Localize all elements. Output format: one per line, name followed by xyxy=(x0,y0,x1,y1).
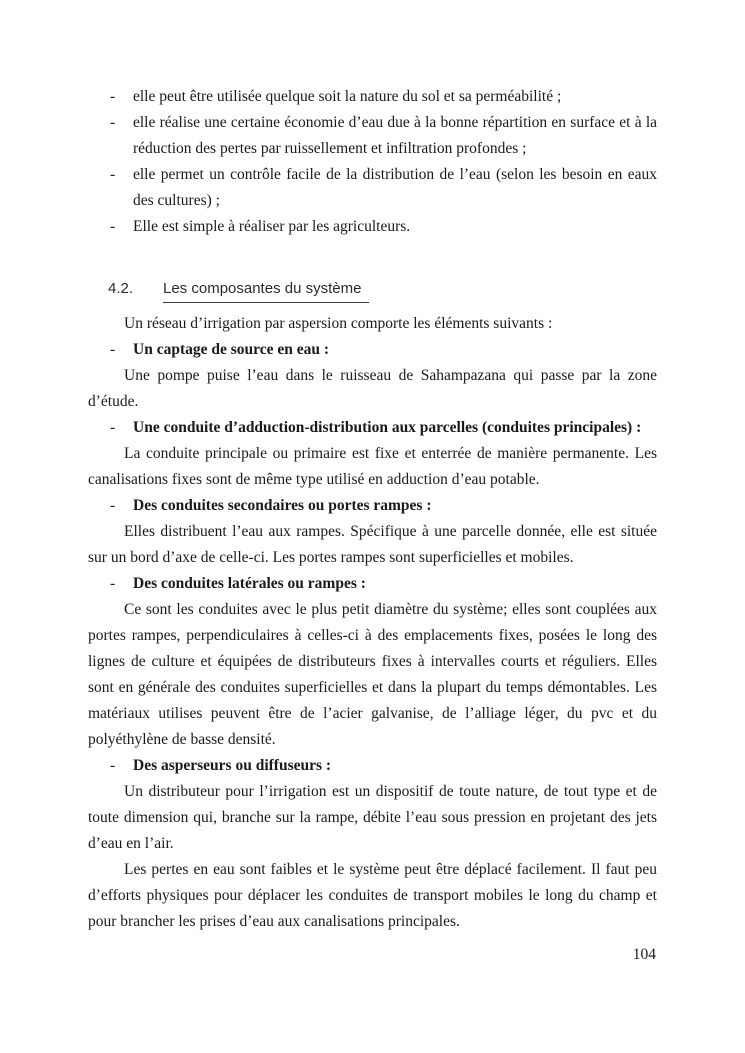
bullet-marker: - xyxy=(110,162,115,188)
paragraph: Ce sont les conduites avec le plus petit… xyxy=(88,597,657,753)
list-item: - elle peut être utilisée quelque soit l… xyxy=(88,84,657,110)
component-heading-label: Un captage de source en eau : xyxy=(133,341,329,358)
component-heading: - Des conduites secondaires ou portes ra… xyxy=(88,493,657,519)
bullet-marker: - xyxy=(110,337,115,363)
bullet-marker: - xyxy=(110,84,115,110)
component-heading: - Des conduites latérales ou rampes : xyxy=(88,571,657,597)
paragraph: Un distributeur pour l’irrigation est un… xyxy=(88,779,657,857)
component-heading: - Des asperseurs ou diffuseurs : xyxy=(88,753,657,779)
list-item-text: elle peut être utilisée quelque soit la … xyxy=(133,88,561,105)
paragraph: La conduite principale ou primaire est f… xyxy=(88,441,657,493)
component-block: - Une conduite d’adduction-distribution … xyxy=(88,415,657,493)
component-heading: - Une conduite d’adduction-distribution … xyxy=(88,415,657,441)
section-number: 4.2. xyxy=(108,276,163,302)
bullet-marker: - xyxy=(110,415,115,441)
paragraph: Elles distribuent l’eau aux rampes. Spéc… xyxy=(88,519,657,571)
bullet-marker: - xyxy=(110,571,115,597)
component-block: - Un captage de source en eau : Une pomp… xyxy=(88,337,657,415)
bullet-marker: - xyxy=(110,214,115,240)
document-page: - elle peut être utilisée quelque soit l… xyxy=(0,0,745,1053)
component-block: - Des conduites secondaires ou portes ra… xyxy=(88,493,657,571)
intro-bullet-list: - elle peut être utilisée quelque soit l… xyxy=(88,84,657,240)
list-item-text: elle réalise une certaine économie d’eau… xyxy=(133,114,657,157)
list-item-text: elle permet un contrôle facile de la dis… xyxy=(133,166,657,209)
paragraph: Les pertes en eau sont faibles et le sys… xyxy=(88,857,657,935)
list-item: - elle permet un contrôle facile de la d… xyxy=(88,162,657,214)
component-heading-label: Des asperseurs ou diffuseurs : xyxy=(133,757,331,774)
section-heading: 4.2. Les composantes du système xyxy=(88,276,657,303)
bullet-marker: - xyxy=(110,110,115,136)
component-block: - Des conduites latérales ou rampes : Ce… xyxy=(88,571,657,753)
section-title: Les composantes du système xyxy=(163,276,369,303)
list-item: - elle réalise une certaine économie d’e… xyxy=(88,110,657,162)
component-heading-label: Des conduites secondaires ou portes ramp… xyxy=(133,497,432,514)
bullet-marker: - xyxy=(110,753,115,779)
component-heading: - Un captage de source en eau : xyxy=(88,337,657,363)
page-number: 104 xyxy=(633,946,656,964)
paragraph: Une pompe puise l’eau dans le ruisseau d… xyxy=(88,363,657,415)
list-item: - Elle est simple à réaliser par les agr… xyxy=(88,214,657,240)
bullet-marker: - xyxy=(110,493,115,519)
section-lead-paragraph: Un réseau d’irrigation par aspersion com… xyxy=(88,311,657,337)
page-content: - elle peut être utilisée quelque soit l… xyxy=(88,84,657,935)
component-heading-label: Une conduite d’adduction-distribution au… xyxy=(133,419,641,436)
component-block: - Des asperseurs ou diffuseurs : Un dist… xyxy=(88,753,657,935)
component-heading-label: Des conduites latérales ou rampes : xyxy=(133,575,366,592)
list-item-text: Elle est simple à réaliser par les agric… xyxy=(133,218,410,235)
